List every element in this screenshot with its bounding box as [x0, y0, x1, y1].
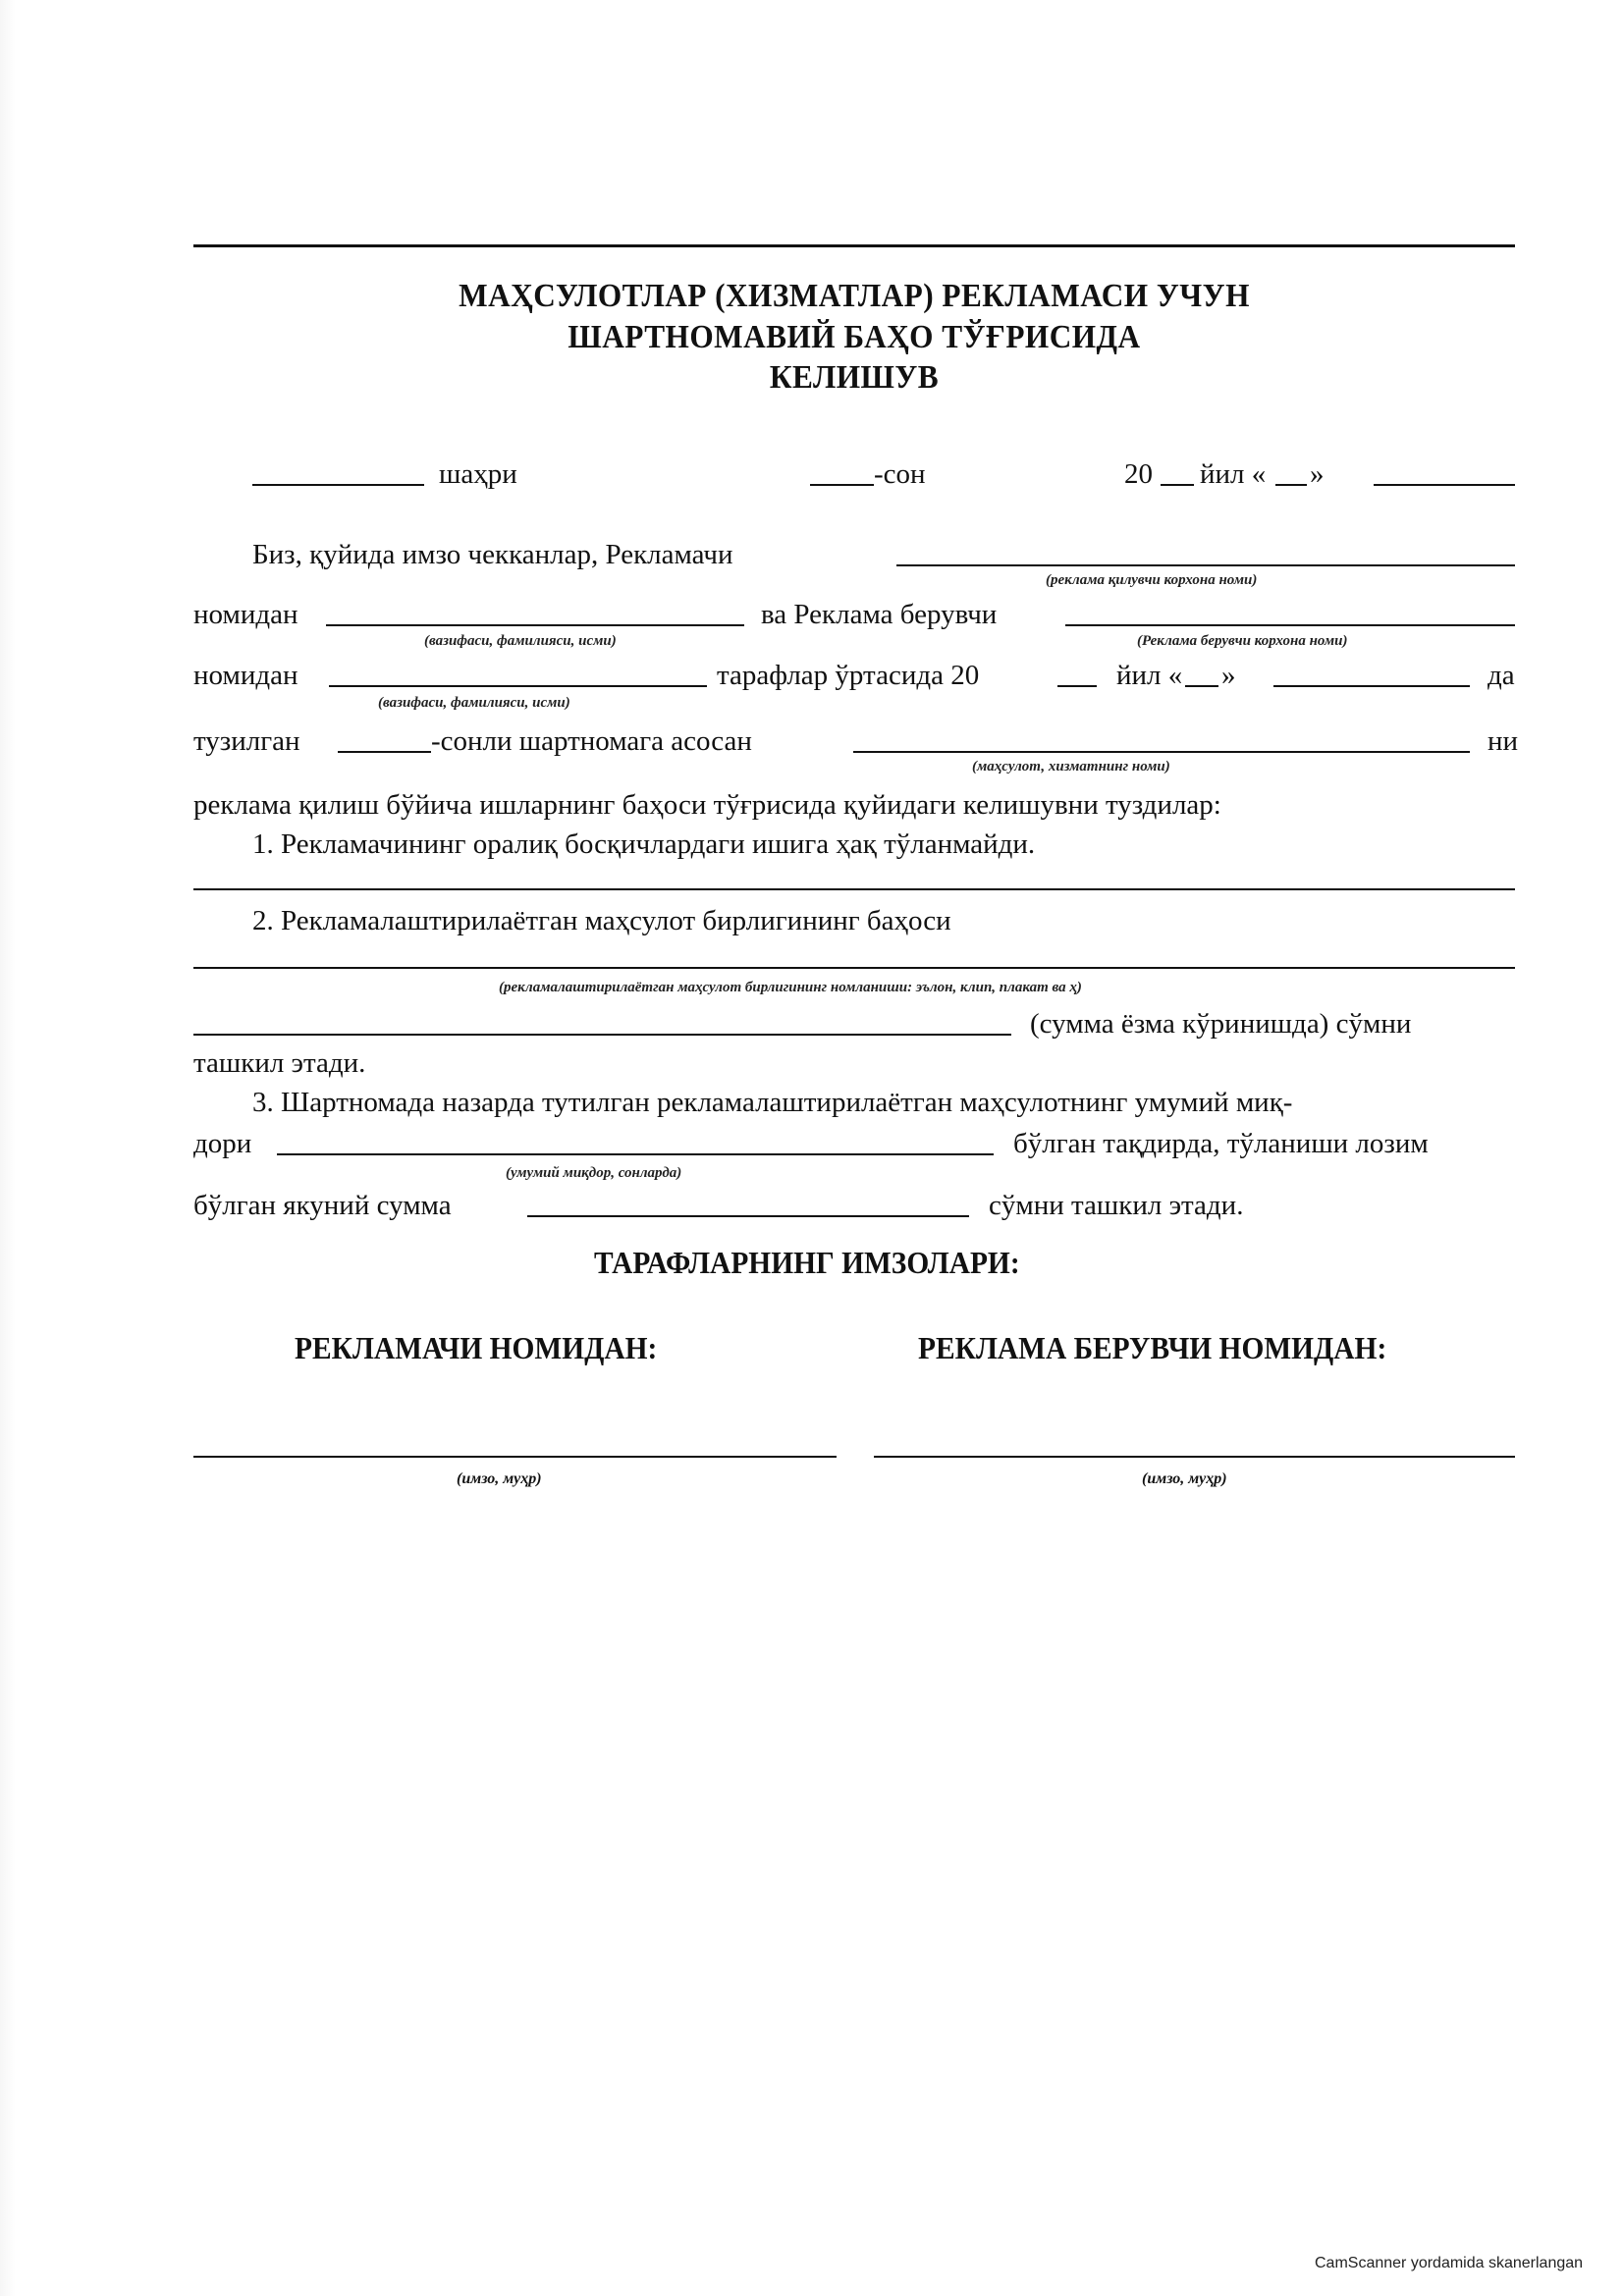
- total-quantity-field[interactable]: [277, 1153, 994, 1155]
- advertiser-rep-field[interactable]: [326, 624, 744, 626]
- da-suffix: да: [1488, 656, 1515, 695]
- unit-name-field[interactable]: [193, 967, 1515, 969]
- document-title-line-3: КЕЛИШУВ: [246, 359, 1462, 397]
- clause-1: 1. Рекламачининг оралиқ босқичлардаги иш…: [252, 825, 1035, 864]
- contract-month-field[interactable]: [1273, 685, 1470, 687]
- contract-day-field[interactable]: [1185, 685, 1218, 687]
- clause-2: 2. Рекламалаштирилаётган маҳсулот бирлиг…: [252, 901, 951, 940]
- concluded-label: тузилган: [193, 721, 300, 761]
- agreement-line: реклама қилиш бўйича ишларнинг баҳоси тў…: [193, 785, 1221, 825]
- between-parties-label: тарафлар ўртасида 20: [717, 656, 979, 695]
- clause-3-condition: бўлган тақдирда, тўланиши лозим: [1013, 1124, 1429, 1163]
- document-title-line-1: МАҲСУЛОТЛАР (ХИЗМАТЛАР) РЕКЛАМАСИ УЧУН: [246, 278, 1462, 315]
- position-caption-2: (вазифаси, фамилияси, исми): [378, 695, 570, 712]
- advertiser-signature-caption: (имзо, муҳр): [457, 1470, 542, 1488]
- header-row: шаҳри -сон 20 йил « »: [193, 454, 1515, 494]
- on-behalf-label-1: номидан: [193, 595, 298, 634]
- clause-2-end-row: ташкил этади.: [193, 1043, 1515, 1083]
- clause-3-total-label: бўлган якуний сумма: [193, 1186, 452, 1225]
- top-rule: [193, 244, 1515, 247]
- clause-2-end: ташкил этади.: [193, 1043, 365, 1083]
- advertiser-name-field[interactable]: [896, 564, 1515, 566]
- year-prefix: 20: [1124, 454, 1153, 494]
- camscanner-watermark: CamScanner yordamida skanerlangan: [1315, 2255, 1583, 2272]
- clause-3-row-2: дори бўлган тақдирда, тўланиши лозим: [193, 1124, 1515, 1163]
- parties-intro-row: Биз, қуйида имзо чекканлар, Рекламачи: [193, 535, 1515, 574]
- clause-3-end: сўмни ташкил этади.: [989, 1186, 1243, 1225]
- year-close: »: [1310, 454, 1325, 494]
- contract-number-field[interactable]: [338, 751, 431, 753]
- year-label: йил «: [1200, 454, 1266, 494]
- client-signature-field[interactable]: [874, 1456, 1515, 1458]
- on-behalf-label-2: номидан: [193, 656, 298, 695]
- clause-1-fill-line[interactable]: [193, 888, 1515, 890]
- number-label: -сон: [874, 454, 926, 494]
- clause-3-row-3: бўлган якуний сумма сўмни ташкил этади.: [193, 1186, 1515, 1225]
- product-name-field[interactable]: [853, 751, 1470, 753]
- signatures-heading: ТАРАФЛАРНИНГ ИМЗОЛАРИ:: [594, 1245, 1020, 1281]
- ni-suffix: ни: [1488, 721, 1518, 761]
- clause-3-line-1: 3. Шартномада назарда тутилган рекламала…: [252, 1083, 1292, 1122]
- advertiser-caption: (реклама қилувчи корхона номи): [1046, 572, 1257, 589]
- year-field[interactable]: [1161, 484, 1194, 486]
- clause-3-row-1: 3. Шартномада назарда тутилган рекламала…: [193, 1083, 1515, 1122]
- contract-year-close: »: [1221, 656, 1236, 695]
- client-caption: (Реклама берувчи корхона номи): [1137, 633, 1347, 650]
- parties-intro: Биз, қуйида имзо чекканлар, Рекламачи: [252, 535, 733, 574]
- parties-row-3: номидан тарафлар ўртасида 20 йил « » да: [193, 656, 1515, 695]
- contract-basis-label: -сонли шартномага асосан: [431, 721, 752, 761]
- advertiser-signature-field[interactable]: [193, 1456, 837, 1458]
- client-name-field[interactable]: [1065, 624, 1515, 626]
- city-field[interactable]: [252, 484, 424, 486]
- clause-2-amount-label: (сумма ёзма кўринишда) сўмни: [1030, 1004, 1411, 1043]
- city-label: шаҳри: [439, 454, 517, 494]
- clause-3-caption: (умумий миқдор, сонларда): [506, 1165, 681, 1182]
- clause-3-dori: дори: [193, 1124, 251, 1163]
- final-sum-field[interactable]: [527, 1215, 969, 1217]
- clause-2-caption: (рекламалаштирилаётган маҳсулот бирлигин…: [499, 980, 1082, 996]
- position-caption-1: (вазифаси, фамилияси, исми): [424, 633, 617, 650]
- clause-2-amount-row: (сумма ёзма кўринишда) сўмни: [193, 1004, 1515, 1043]
- client-rep-field[interactable]: [329, 685, 707, 687]
- contract-year-field[interactable]: [1057, 685, 1097, 687]
- day-field[interactable]: [1275, 484, 1307, 486]
- parties-row-2: номидан ва Реклама берувчи: [193, 595, 1515, 634]
- clause-1-row: 1. Рекламачининг оралиқ босқичлардаги иш…: [193, 825, 1515, 864]
- contract-year-label: йил «: [1116, 656, 1182, 695]
- parties-row-4: тузилган -сонли шартномага асосан ни: [193, 721, 1515, 761]
- number-field[interactable]: [810, 484, 874, 486]
- agreement-row: реклама қилиш бўйича ишларнинг баҳоси тў…: [193, 785, 1515, 825]
- and-client-label: ва Реклама берувчи: [761, 595, 997, 634]
- amount-in-words-field[interactable]: [193, 1034, 1011, 1036]
- clause-2-row: 2. Рекламалаштирилаётган маҳсулот бирлиг…: [193, 901, 1515, 940]
- advertiser-signature-heading: РЕКЛАМАЧИ НОМИДАН:: [295, 1330, 657, 1366]
- document-title-line-2: ШАРТНОМАВИЙ БАҲО ТЎҒРИСИДА: [246, 319, 1462, 356]
- client-signature-caption: (имзо, муҳр): [1142, 1470, 1227, 1488]
- page-edge-shadow: [0, 0, 16, 2296]
- month-field[interactable]: [1374, 484, 1515, 486]
- client-signature-heading: РЕКЛАМА БЕРУВЧИ НОМИДАН:: [918, 1330, 1386, 1366]
- product-caption: (маҳсулот, хизматнинг номи): [972, 759, 1170, 775]
